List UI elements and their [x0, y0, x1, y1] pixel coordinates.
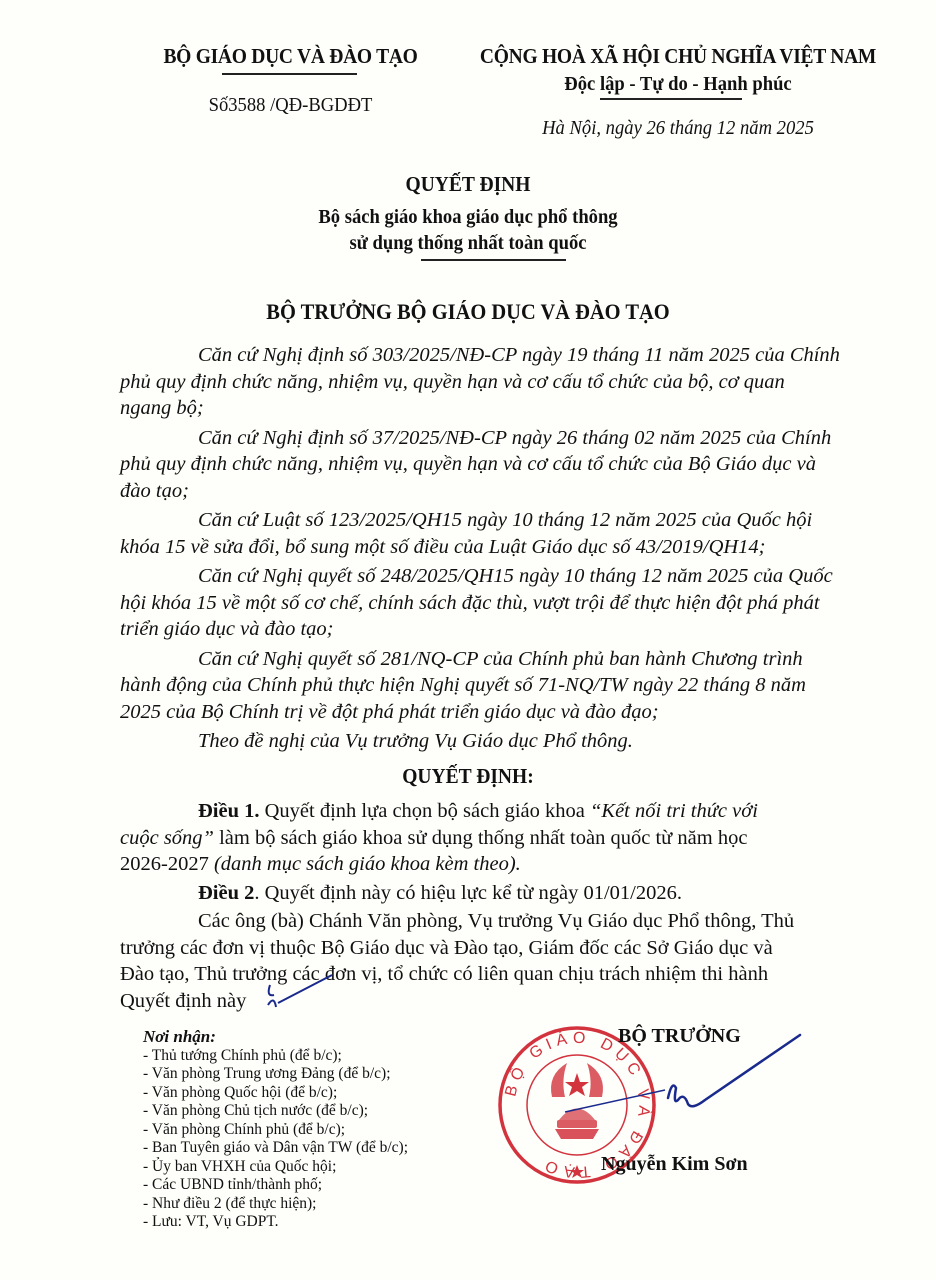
- signature-stroke-icon: [560, 1020, 890, 1140]
- recipient-item: - Văn phòng Trung ương Đảng (để b/c);: [143, 1065, 408, 1084]
- document-number: Số3588 /QĐ-BGDĐT: [158, 94, 423, 117]
- execution-line: trưởng các đơn vị thuộc Bộ Giáo dục và Đ…: [120, 935, 825, 962]
- recipient-item: - Văn phòng Chính phủ (để b/c);: [143, 1121, 408, 1140]
- preamble-clause: Căn cứ Luật số 123/2025/QH15 ngày 10 thá…: [120, 507, 825, 560]
- preamble-line: ngang bộ;: [120, 395, 825, 422]
- preamble-line: khóa 15 về sửa đổi, bổ sung một số điều …: [120, 534, 825, 561]
- recipient-item: - Ban Tuyên giáo và Dân vận TW (để b/c);: [143, 1139, 408, 1158]
- agency-underline: [222, 73, 357, 75]
- preamble-line: đào tạo;: [120, 478, 825, 505]
- execution-line: Các ông (bà) Chánh Văn phòng, Vụ trưởng …: [120, 908, 825, 935]
- article-2: Điều 2. Quyết định này có hiệu lực kể từ…: [120, 880, 825, 907]
- subject-underline: [421, 259, 566, 261]
- execution-clause: Các ông (bà) Chánh Văn phòng, Vụ trưởng …: [120, 908, 825, 1014]
- textbook-series-name-cont: cuộc sống”: [120, 827, 214, 849]
- preamble-line: Căn cứ Luật số 123/2025/QH15 ngày 10 thá…: [120, 507, 825, 534]
- preamble-line: Căn cứ Nghị quyết số 281/NQ-CP của Chính…: [120, 646, 825, 673]
- article-2-text: . Quyết định này có hiệu lực kể từ ngày …: [254, 882, 682, 904]
- preamble: Căn cứ Nghị định số 303/2025/NĐ-CP ngày …: [120, 342, 825, 758]
- preamble-line: Căn cứ Nghị quyết số 248/2025/QH15 ngày …: [120, 563, 825, 590]
- preamble-line: phủ quy định chức năng, nhiệm vụ, quyền …: [120, 369, 825, 396]
- execution-line: Quyết định này: [120, 988, 825, 1015]
- issuing-agency: BỘ GIÁO DỤC VÀ ĐÀO TẠO: [158, 44, 423, 69]
- recipient-item: - Lưu: VT, Vụ GDPT.: [143, 1213, 408, 1232]
- recipient-item: - Văn phòng Chủ tịch nước (để b/c);: [143, 1102, 408, 1121]
- recipient-item: - Các UBND tỉnh/thành phố;: [143, 1176, 408, 1195]
- issuing-agency-block: BỘ GIÁO DỤC VÀ ĐÀO TẠO: [148, 44, 433, 69]
- attachment-note: (danh mục sách giáo khoa kèm theo).: [214, 853, 521, 875]
- execution-line: Đào tạo, Thủ trưởng các đơn vị, tổ chức …: [120, 961, 825, 988]
- signer-name: Nguyễn Kim Sơn: [601, 1153, 748, 1176]
- preamble-clause: Căn cứ Nghị định số 37/2025/NĐ-CP ngày 2…: [120, 425, 825, 505]
- document-subject-line2: sử dụng thống nhất toàn quốc: [33, 232, 903, 255]
- national-header-block: CỘNG HOÀ XÃ HỘI CHỦ NGHĨA VIỆT NAM Độc l…: [458, 44, 898, 96]
- textbook-series-name: “Kết nối tri thức với: [590, 800, 758, 822]
- preamble-line: Theo đề nghị của Vụ trưởng Vụ Giáo dục P…: [120, 728, 825, 755]
- country-name: CỘNG HOÀ XÃ HỘI CHỦ NGHĨA VIỆT NAM: [473, 44, 882, 69]
- preamble-clause: Căn cứ Nghị quyết số 281/NQ-CP của Chính…: [120, 646, 825, 726]
- recipient-item: - Như điều 2 (để thực hiện);: [143, 1195, 408, 1214]
- article-2-label: Điều 2: [198, 882, 254, 904]
- preamble-clause: Theo đề nghị của Vụ trưởng Vụ Giáo dục P…: [120, 728, 825, 755]
- decision-document: BỘ GIÁO DỤC VÀ ĐÀO TẠO Số3588 /QĐ-BGDĐT …: [0, 0, 936, 1280]
- initial-flourish-icon: [262, 975, 342, 1015]
- article-1-text-cont: làm bộ sách giáo khoa sử dụng thống nhất…: [214, 827, 747, 849]
- recipient-item: - Văn phòng Quốc hội (để b/c);: [143, 1084, 408, 1103]
- recipient-item: - Ủy ban VHXH của Quốc hội;: [143, 1158, 408, 1177]
- school-year: 2026-2027: [120, 853, 214, 875]
- preamble-line: phủ quy định chức năng, nhiệm vụ, quyền …: [120, 451, 825, 478]
- decision-heading: QUYẾT ĐỊNH:: [33, 764, 903, 789]
- preamble-clause: Căn cứ Nghị quyết số 248/2025/QH15 ngày …: [120, 563, 825, 643]
- recipients-list: Nơi nhận: - Thủ tướng Chính phủ (để b/c)…: [143, 1028, 408, 1232]
- article-1-label: Điều 1.: [198, 800, 260, 822]
- preamble-line: hành động của Chính phủ thực hiện Nghị q…: [120, 672, 825, 699]
- preamble-line: Căn cứ Nghị định số 303/2025/NĐ-CP ngày …: [120, 342, 825, 369]
- motto-underline: [600, 98, 742, 100]
- issuing-authority: BỘ TRƯỞNG BỘ GIÁO DỤC VÀ ĐÀO TẠO: [33, 299, 903, 325]
- national-motto: Độc lập - Tự do - Hạnh phúc: [473, 73, 882, 96]
- preamble-line: Căn cứ Nghị định số 37/2025/NĐ-CP ngày 2…: [120, 425, 825, 452]
- recipients-heading: Nơi nhận:: [143, 1028, 408, 1047]
- article-1: Điều 1. Quyết định lựa chọn bộ sách giáo…: [120, 798, 825, 878]
- article-1-text: Quyết định lựa chọn bộ sách giáo khoa: [260, 800, 591, 822]
- preamble-line: hội khóa 15 về một số cơ chế, chính sách…: [120, 590, 825, 617]
- preamble-line: 2025 của Bộ Chính trị về đột phá phát tr…: [120, 699, 825, 726]
- place-and-date: Hà Nội, ngày 26 tháng 12 năm 2025: [473, 117, 882, 140]
- document-subject-line1: Bộ sách giáo khoa giáo dục phổ thông: [33, 206, 903, 229]
- recipient-item: - Thủ tướng Chính phủ (để b/c);: [143, 1047, 408, 1066]
- document-type: QUYẾT ĐỊNH: [33, 172, 903, 197]
- preamble-line: triển giáo dục và đào tạo;: [120, 616, 825, 643]
- preamble-clause: Căn cứ Nghị định số 303/2025/NĐ-CP ngày …: [120, 342, 825, 422]
